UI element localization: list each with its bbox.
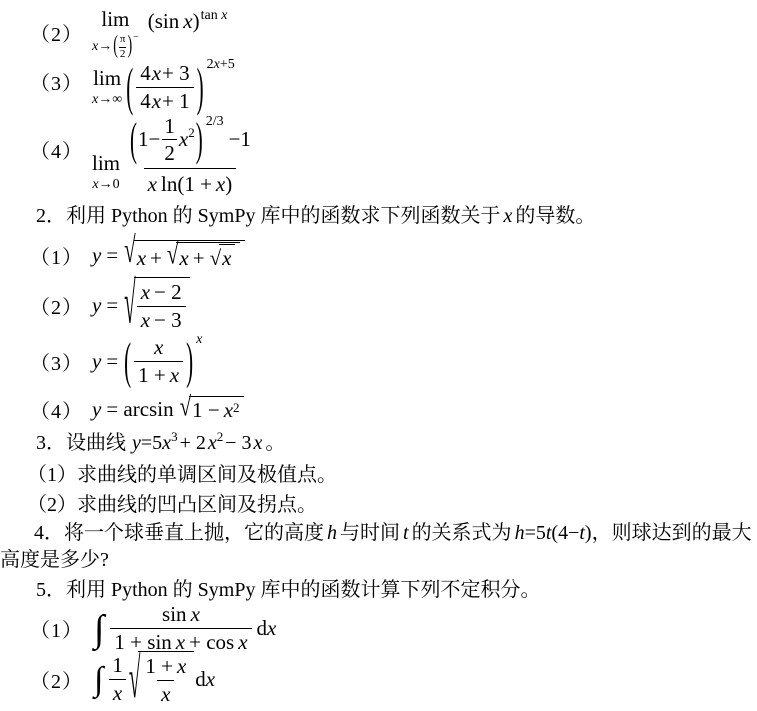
item-label: （3） <box>30 347 83 376</box>
minus-one: −1 <box>229 126 251 152</box>
limit-formula: lim x→0 ( 1− 1 2 x2 ) 2/3 −1 x ln(1 + x … <box>92 113 257 198</box>
radical: √ 1 −x2 <box>180 396 244 422</box>
formula: y = arcsin √ 1 −x2 <box>92 396 245 422</box>
numerator: 1 +x <box>141 653 190 679</box>
coef: 4 <box>140 88 151 114</box>
paren-open: ( <box>130 111 137 169</box>
equals: = <box>106 293 118 317</box>
q5-item1-row: （1） ∫ sinx 1 + sinx+ cosx dx <box>30 604 276 652</box>
text-mid1: 与时间 <box>340 522 400 544</box>
const: 1 + <box>138 362 166 388</box>
exp-coef: 2 <box>207 57 214 72</box>
item-label: （1） <box>30 614 83 643</box>
text-mid2: 的关系式为 <box>412 522 512 544</box>
var-x: x <box>170 362 179 388</box>
integral-formula: ∫ 1 x √ 1 +x x dx <box>92 651 215 707</box>
var-x: x <box>179 246 188 270</box>
coef: 4 <box>140 60 151 86</box>
numerator: x− 2 <box>137 279 186 305</box>
title-var-x: x <box>503 205 512 227</box>
one-minus: 1 − <box>192 398 220 422</box>
limit-block: lim x → ( π 2 ) − <box>92 8 139 62</box>
radicand: 1 −x2 <box>189 396 243 422</box>
sub-target: →0 <box>99 178 120 192</box>
arrow: → <box>98 40 112 54</box>
fraction: 1 +x x <box>141 653 190 707</box>
ln-open: ln(1 + <box>161 171 212 197</box>
dx: dx <box>195 667 215 691</box>
q1-item2-row: （2） lim x → ( π 2 ) − (sinx)tan x <box>30 5 227 62</box>
var-x: x <box>152 88 161 114</box>
numerator: ( 1− 1 2 x2 ) 2/3 −1 <box>125 113 255 169</box>
plus-2: + 2 <box>180 432 206 455</box>
paren-close: ) <box>196 111 203 169</box>
q3-item2-row: （2）求曲线的凹凸区间及拐点。 <box>27 492 317 518</box>
item-label: （2） <box>30 18 83 47</box>
var-x: x <box>148 171 157 197</box>
var-x: x <box>152 60 161 86</box>
const: + 1 <box>162 88 190 114</box>
paren-close: ) <box>197 57 204 117</box>
var-x: x <box>179 126 188 152</box>
minus-superscript: − <box>133 33 139 43</box>
half-num: 1 <box>162 113 177 139</box>
radical-sign: √ <box>124 229 136 271</box>
lim-word: lim <box>101 8 129 31</box>
squared: 2 <box>217 430 224 445</box>
var-x: x <box>222 246 231 270</box>
var-y: y <box>92 397 101 421</box>
one-plus: 1 + <box>145 653 173 679</box>
var-y: y <box>132 432 141 455</box>
q2-item3-row: （3） y = ( x 1 +x ) x <box>30 334 202 388</box>
equals-5: =5 <box>525 522 546 544</box>
q3-title: 3．设曲线 <box>36 430 126 456</box>
curve-equation: y=5x3+ 2x2− 3x <box>132 432 262 455</box>
denominator: x <box>109 679 126 706</box>
formula: y = √ x + √ x + √ x <box>92 240 246 270</box>
squared: 2 <box>188 125 195 141</box>
q4-line1-row: 4．将一个球垂直上抛，它的高度h与时间t的关系式为h=5t(4−t)，则球达到的… <box>34 520 752 546</box>
paren-4-minus: (4− <box>551 522 579 544</box>
title-post: 的导数。 <box>515 205 595 227</box>
plus: + <box>150 246 162 270</box>
item-label: （3） <box>30 67 83 96</box>
text-pre: 4．将一个球垂直上抛，它的高度 <box>34 522 324 544</box>
pi: π <box>119 33 127 47</box>
limit-formula: lim x→∞ ( 4x+ 3 4x+ 1 ) 2x+5 <box>92 60 235 114</box>
one-half: 1 2 <box>162 113 177 167</box>
squared: 2 <box>233 401 240 416</box>
d: d <box>195 667 206 691</box>
title-pre: 3．设曲线 <box>36 432 126 454</box>
var-x2: x <box>216 171 225 197</box>
exponent: 2x+5 <box>207 57 235 73</box>
open-sin: (sin <box>148 9 180 33</box>
const: + 3 <box>162 60 190 86</box>
close-paren: ) <box>193 9 200 33</box>
radical: √ 1 +x x <box>129 651 194 707</box>
radical-sign: √ <box>129 645 141 710</box>
q1-item4-row: （4） lim x→0 ( 1− 1 2 x2 ) 2/3 −1 x ln(1 … <box>30 116 257 194</box>
exponent-x: x <box>196 332 202 348</box>
exponent-2-3: 2/3 <box>206 113 224 131</box>
denominator: 1 +x <box>134 361 183 388</box>
exp-x: x <box>221 8 227 23</box>
var-y: y <box>92 243 101 267</box>
title-pre: 2．利用 Python 的 SymPy 库中的函数求下列函数关于 <box>36 205 500 227</box>
numerator: 4x+ 3 <box>136 60 193 86</box>
q2-item4-row: （4） y = arcsin √ 1 −x2 <box>30 391 245 427</box>
equals: = <box>106 349 118 373</box>
q1-item3-row: （3） lim x→∞ ( 4x+ 3 4x+ 1 ) 2x+5 <box>30 59 235 115</box>
one-minus: 1− <box>138 126 160 152</box>
var-x: x <box>254 432 263 455</box>
dx: dx <box>257 616 277 640</box>
exponent: tan x <box>201 8 228 23</box>
item-label: （1） <box>30 241 83 270</box>
limit-subscript: x→0 <box>92 178 119 192</box>
radical-middle: √ x + √ x <box>167 242 241 270</box>
var-x: x <box>137 246 146 270</box>
q2-item2-row: （2） y = √ x− 2 x− 3 <box>30 276 191 334</box>
item-label: （4） <box>30 395 83 424</box>
radical-sign: √ <box>210 246 222 270</box>
var-x: x <box>224 398 233 422</box>
var-x: x <box>267 616 276 640</box>
numerator: x <box>150 334 167 360</box>
numerator: sinx <box>158 601 204 627</box>
limit-formula: lim x → ( π 2 ) − (sinx)tan x <box>92 5 227 62</box>
q4-text: 4．将一个球垂直上抛，它的高度h与时间t的关系式为h=5t(4−t)，则球达到的… <box>34 520 752 546</box>
integral-sign: ∫ <box>94 665 103 696</box>
exp-const: +5 <box>220 57 235 72</box>
var-x: x <box>183 9 192 33</box>
radical: √ x− 2 x− 3 <box>124 277 189 333</box>
sub-target: →∞ <box>98 93 122 107</box>
limit-subscript: x→∞ <box>92 93 122 107</box>
radicand: 1 +x x <box>138 651 194 707</box>
one-over-x: 1 x <box>108 652 127 706</box>
item-label: （2） <box>30 291 83 320</box>
q5-title-row: 5．利用 Python 的 SymPy 库中的函数计算下列不定积分。 <box>36 577 540 603</box>
close-paren: ) <box>225 171 232 197</box>
radical-sign: √ <box>167 238 179 271</box>
var-x2: x <box>238 629 247 655</box>
radical-outer: √ x + √ x + √ x <box>124 240 245 270</box>
var-y: y <box>92 293 101 317</box>
radical-sign: √ <box>124 269 136 337</box>
var-x: x <box>177 653 186 679</box>
text-tail: ，则球达到的最大 <box>592 522 752 544</box>
var-h2: h <box>515 522 525 544</box>
paren-open: ( <box>124 332 131 390</box>
radicand: x + √ x + √ x <box>134 240 246 270</box>
q5-item2-row: （2） ∫ 1 x √ 1 +x x dx <box>30 653 215 705</box>
var-x: x <box>141 279 150 305</box>
q3-item1-text: （1）求曲线的单调区间及极值点。 <box>27 462 337 488</box>
plus: + <box>193 246 205 270</box>
half-den: 2 <box>162 139 177 166</box>
minus-3: − 3 <box>225 432 251 455</box>
numerator: 1 <box>108 652 127 678</box>
limit-body: (sinx)tan x <box>148 9 228 33</box>
formula: y = √ x− 2 x− 3 <box>92 277 191 333</box>
d: d <box>257 616 268 640</box>
paren-open: ( <box>126 57 133 117</box>
paren-close: ) <box>186 332 193 390</box>
denominator-x: x <box>157 680 174 707</box>
equals-arcsin: = arcsin <box>106 397 173 421</box>
formula: y = ( x 1 +x ) x <box>92 334 202 388</box>
integral-formula: ∫ sinx 1 + sinx+ cosx dx <box>92 601 276 655</box>
lim-word: lim <box>92 152 120 175</box>
paren-open: ( <box>113 35 118 60</box>
sin: sin <box>162 601 187 627</box>
equals: = <box>106 243 118 267</box>
q2-title: 2．利用 Python 的 SymPy 库中的函数求下列函数关于x的导数。 <box>36 203 595 229</box>
item-label: （4） <box>30 135 83 164</box>
const: − 3 <box>154 307 182 333</box>
const: − 2 <box>154 279 182 305</box>
cubed: 3 <box>171 430 178 445</box>
q3-item1-row: （1）求曲线的单调区间及极值点。 <box>27 462 337 488</box>
var-x: x <box>141 307 150 333</box>
fraction: x 1 +x <box>134 334 183 388</box>
fraction: 4x+ 3 4x+ 1 <box>136 60 193 114</box>
var-x: x <box>162 432 171 455</box>
integral-sign: ∫ <box>94 612 104 646</box>
var-y: y <box>92 349 101 373</box>
var-x: x <box>206 667 215 691</box>
limit-block: lim x→∞ <box>92 67 122 106</box>
q2-title-row: 2．利用 Python 的 SymPy 库中的函数求下列函数关于x的导数。 <box>36 203 595 229</box>
paren-close: ) <box>585 522 592 544</box>
q5-title-text: 5．利用 Python 的 SymPy 库中的函数计算下列不定积分。 <box>36 577 540 603</box>
q3-title-row: 3．设曲线 y=5x3+ 2x2− 3x 。 <box>36 430 285 456</box>
radical-sign: √ <box>180 391 192 422</box>
lim-word: lim <box>93 67 121 90</box>
item-label: （2） <box>30 665 83 694</box>
radicand: x− 2 x− 3 <box>134 277 190 333</box>
denominator: x ln(1 + x ) <box>144 168 237 197</box>
q2-item1-row: （1） y = √ x + √ x + √ x <box>30 234 246 276</box>
outer-fraction: ( 1− 1 2 x2 ) 2/3 −1 x ln(1 + x ) <box>125 113 255 198</box>
var-t: t <box>403 522 409 544</box>
var-x: x <box>154 334 163 360</box>
limit-block: lim x→0 <box>92 152 120 191</box>
radical-inner: √ x <box>210 244 236 270</box>
radicand: x + √ x <box>176 242 240 270</box>
denominator: 4x+ 1 <box>136 87 193 114</box>
denominator: x− 3 <box>137 306 186 333</box>
document-page: { "q1_i2": { "label": "（2）", "lim": "lim… <box>0 0 757 711</box>
fraction: x− 2 x− 3 <box>137 279 186 333</box>
q3-item2-text: （2）求曲线的凹凸区间及拐点。 <box>27 492 317 518</box>
q4-line2-text: 高度是多少? <box>0 547 109 573</box>
var-x: x <box>191 601 200 627</box>
var-h: h <box>327 522 337 544</box>
tan: tan <box>201 8 218 23</box>
var-x: x <box>208 432 217 455</box>
period: 。 <box>265 430 285 456</box>
equals-5: =5 <box>141 432 162 455</box>
q4-line2-row: 高度是多少? <box>0 547 109 573</box>
